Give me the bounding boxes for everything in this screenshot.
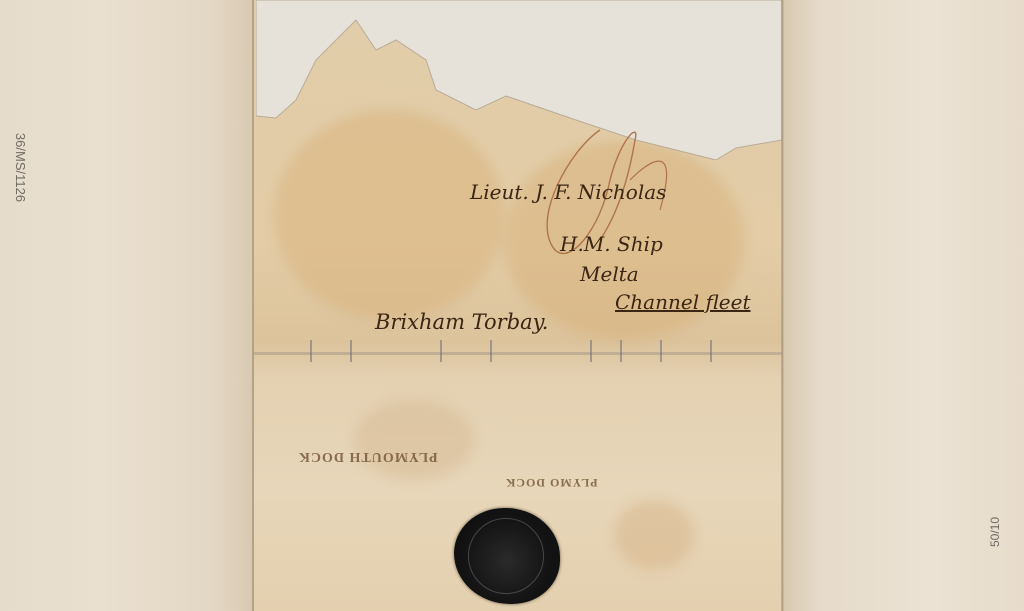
water-stain — [614, 500, 694, 570]
fold-crease-mark — [660, 340, 662, 362]
fold-line — [254, 352, 782, 355]
fold-crease-mark — [440, 340, 442, 362]
postmark-stamp: PLYMOUTH DOCK — [298, 448, 438, 464]
fold-crease-mark — [350, 340, 352, 362]
fold-crease-mark — [590, 340, 592, 362]
fold-crease-mark — [620, 340, 622, 362]
fold-crease-mark — [490, 340, 492, 362]
water-stain — [354, 400, 474, 480]
fold-line — [252, 0, 254, 611]
postmark-stamp: PLYMO DOCK — [505, 475, 598, 490]
address-line-fleet: Channel fleet — [615, 290, 751, 314]
archive-page-note: 50/10 — [988, 517, 1002, 547]
address-line-location: Brixham Torbay. — [375, 310, 548, 334]
address-line-ship: H.M. Ship — [560, 232, 663, 256]
fold-crease-mark — [710, 340, 712, 362]
address-line-ship-name: Melta — [580, 262, 639, 286]
fold-crease-mark — [310, 340, 312, 362]
fold-line — [781, 0, 783, 611]
torn-paper-edge — [256, 0, 782, 160]
archive-reference-note: 36/MS/1126 — [13, 133, 28, 202]
left-fold-panel — [0, 0, 254, 611]
letter-photograph: Lieut. J. F. Nicholas H.M. Ship Melta Ch… — [0, 0, 1024, 611]
address-line-name: Lieut. J. F. Nicholas — [470, 180, 666, 204]
